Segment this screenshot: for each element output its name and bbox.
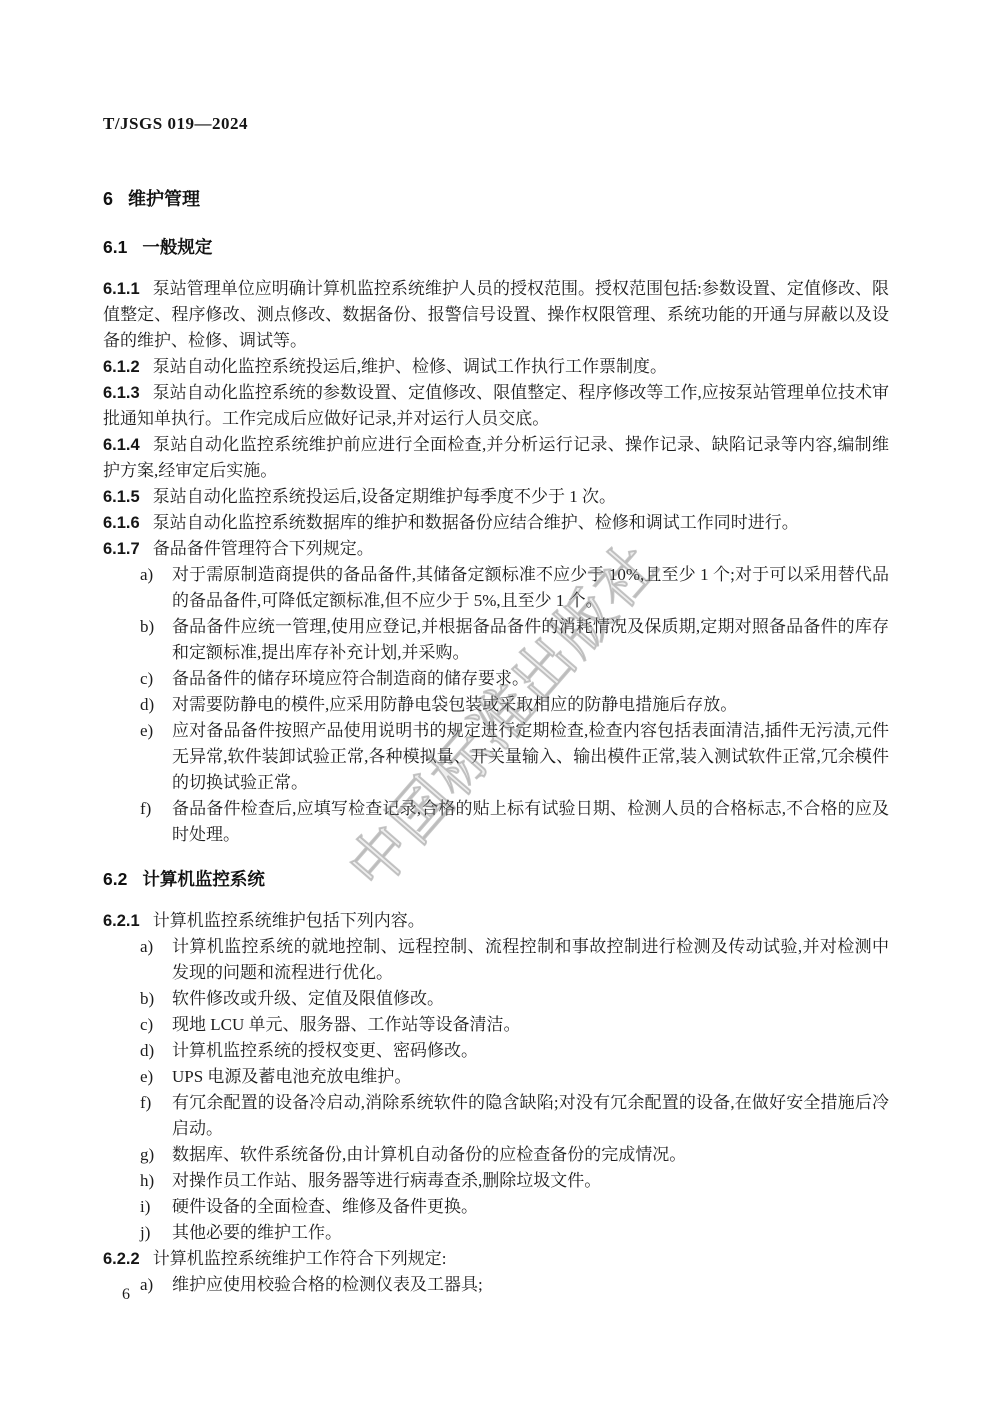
- clause-6-1-7: 6.1.7备品备件管理符合下列规定。: [103, 536, 889, 562]
- list-item-f: f)备品备件检查后,应填写检查记录,合格的贴上标有试验日期、检测人员的合格标志,…: [172, 796, 889, 848]
- item-letter: d): [140, 1038, 154, 1064]
- item-letter: a): [140, 562, 153, 588]
- list-item-c: c)备品备件的储存环境应符合制造商的储存要求。: [172, 666, 889, 692]
- clause-6-1-5: 6.1.5泵站自动化监控系统投运后,设备定期维护每季度不少于 1 次。: [103, 484, 889, 510]
- item-letter: g): [140, 1142, 154, 1168]
- clause-number: 6.1.7: [103, 540, 140, 558]
- section-heading-6: 6维护管理: [103, 186, 889, 212]
- standard-number-header: T/JSGS 019—2024: [103, 114, 248, 134]
- item-letter: d): [140, 692, 154, 718]
- item-text: 对于需原制造商提供的备品备件,其储备定额标准不应少于 10%,且至少 1 个;对…: [172, 565, 889, 610]
- item-text: 其他必要的维护工作。: [172, 1223, 342, 1242]
- clause-6-2-1: 6.2.1计算机监控系统维护包括下列内容。: [103, 908, 889, 934]
- clause-6-1-2: 6.1.2泵站自动化监控系统投运后,维护、检修、调试工作执行工作票制度。: [103, 354, 889, 380]
- list-item-j: j)其他必要的维护工作。: [172, 1220, 889, 1246]
- list-item-e: e)应对备品备件按照产品使用说明书的规定进行定期检查,检查内容包括表面清洁,插件…: [172, 718, 889, 796]
- item-letter: h): [140, 1168, 154, 1194]
- item-text: 软件修改或升级、定值及限值修改。: [172, 989, 444, 1008]
- item-text: 对操作员工作站、服务器等进行病毒查杀,删除垃圾文件。: [172, 1171, 601, 1190]
- section-number: 6.2: [103, 869, 127, 889]
- item-text: 有冗余配置的设备冷启动,消除系统软件的隐含缺陷;对没有冗余配置的设备,在做好安全…: [172, 1093, 889, 1138]
- section-title: 一般规定: [142, 237, 212, 257]
- list-item-a: a)计算机监控系统的就地控制、远程控制、流程控制和事故控制进行检测及传动试验,并…: [172, 934, 889, 986]
- clause-number: 6.1.6: [103, 514, 140, 532]
- item-text: 对需要防静电的模件,应采用防静电袋包装或采取相应的防静电措施后存放。: [172, 695, 737, 714]
- clause-text: 泵站管理单位应明确计算机监控系统维护人员的授权范围。授权范围包括:参数设置、定值…: [103, 279, 889, 350]
- clause-number: 6.2.2: [103, 1250, 140, 1268]
- clause-number: 6.1.1: [103, 280, 140, 298]
- clause-number: 6.1.5: [103, 488, 140, 506]
- clause-text: 计算机监控系统维护工作符合下列规定:: [153, 1249, 447, 1268]
- item-text: 计算机监控系统的授权变更、密码修改。: [172, 1041, 478, 1060]
- item-text: 应对备品备件按照产品使用说明书的规定进行定期检查,检查内容包括表面清洁,插件无污…: [172, 721, 889, 792]
- item-text: 备品备件应统一管理,使用应登记,并根据备品备件的消耗情况及保质期,定期对照备品备…: [172, 617, 889, 662]
- clause-6-1-4: 6.1.4泵站自动化监控系统维护前应进行全面检查,并分析运行记录、操作记录、缺陷…: [103, 432, 889, 484]
- list-item-e: e)UPS 电源及蓄电池充放电维护。: [172, 1064, 889, 1090]
- list-item-a: a)维护应使用校验合格的检测仪表及工器具;: [172, 1272, 889, 1298]
- clause-6-1-3: 6.1.3泵站自动化监控系统的参数设置、定值修改、限值整定、程序修改等工作,应按…: [103, 380, 889, 432]
- item-letter: e): [140, 718, 153, 744]
- section-heading-6-2: 6.2计算机监控系统: [103, 866, 889, 892]
- list-item-h: h)对操作员工作站、服务器等进行病毒查杀,删除垃圾文件。: [172, 1168, 889, 1194]
- item-letter: b): [140, 614, 154, 640]
- list-item-b: b)软件修改或升级、定值及限值修改。: [172, 986, 889, 1012]
- clause-text: 泵站自动化监控系统数据库的维护和数据备份应结合维护、检修和调试工作同时进行。: [153, 513, 799, 532]
- item-text: 硬件设备的全面检查、维修及备件更换。: [172, 1197, 478, 1216]
- item-letter: a): [140, 934, 153, 960]
- clause-text: 备品备件管理符合下列规定。: [153, 539, 374, 558]
- clause-text: 计算机监控系统维护包括下列内容。: [153, 911, 425, 930]
- document-body: 6维护管理 6.1一般规定 6.1.1泵站管理单位应明确计算机监控系统维护人员的…: [103, 186, 889, 1298]
- item-text: 备品备件的储存环境应符合制造商的储存要求。: [172, 669, 529, 688]
- list-item-i: i)硬件设备的全面检查、维修及备件更换。: [172, 1194, 889, 1220]
- item-letter: c): [140, 1012, 153, 1038]
- list-item-a: a)对于需原制造商提供的备品备件,其储备定额标准不应少于 10%,且至少 1 个…: [172, 562, 889, 614]
- section-number: 6.1: [103, 237, 127, 257]
- section-title: 计算机监控系统: [142, 869, 265, 889]
- item-letter: f): [140, 796, 151, 822]
- item-letter: b): [140, 986, 154, 1012]
- clause-text: 泵站自动化监控系统维护前应进行全面检查,并分析运行记录、操作记录、缺陷记录等内容…: [103, 435, 889, 480]
- item-letter: f): [140, 1090, 151, 1116]
- clause-number: 6.1.2: [103, 358, 140, 376]
- clause-6-1-6: 6.1.6泵站自动化监控系统数据库的维护和数据备份应结合维护、检修和调试工作同时…: [103, 510, 889, 536]
- section-title: 维护管理: [128, 189, 200, 209]
- clause-number: 6.1.3: [103, 384, 140, 402]
- list-item-c: c)现地 LCU 单元、服务器、工作站等设备清洁。: [172, 1012, 889, 1038]
- page-number: 6: [122, 1286, 130, 1304]
- list-item-d: d)对需要防静电的模件,应采用防静电袋包装或采取相应的防静电措施后存放。: [172, 692, 889, 718]
- clause-6-1-1: 6.1.1泵站管理单位应明确计算机监控系统维护人员的授权范围。授权范围包括:参数…: [103, 276, 889, 354]
- list-item-g: g)数据库、软件系统备份,由计算机自动备份的应检查备份的完成情况。: [172, 1142, 889, 1168]
- item-text: 备品备件检查后,应填写检查记录,合格的贴上标有试验日期、检测人员的合格标志,不合…: [172, 799, 889, 844]
- list-item-d: d)计算机监控系统的授权变更、密码修改。: [172, 1038, 889, 1064]
- clause-text: 泵站自动化监控系统的参数设置、定值修改、限值整定、程序修改等工作,应按泵站管理单…: [103, 383, 889, 428]
- list-item-b: b)备品备件应统一管理,使用应登记,并根据备品备件的消耗情况及保质期,定期对照备…: [172, 614, 889, 666]
- section-heading-6-1: 6.1一般规定: [103, 234, 889, 260]
- clause-number: 6.1.4: [103, 436, 140, 454]
- item-letter: j): [140, 1220, 150, 1246]
- clause-6-2-2: 6.2.2计算机监控系统维护工作符合下列规定:: [103, 1246, 889, 1272]
- item-text: 维护应使用校验合格的检测仪表及工器具;: [172, 1275, 483, 1294]
- item-text: UPS 电源及蓄电池充放电维护。: [172, 1067, 411, 1086]
- item-letter: a): [140, 1272, 153, 1298]
- item-letter: i): [140, 1194, 150, 1220]
- item-letter: c): [140, 666, 153, 692]
- item-text: 数据库、软件系统备份,由计算机自动备份的应检查备份的完成情况。: [172, 1145, 686, 1164]
- clause-number: 6.2.1: [103, 912, 140, 930]
- item-text: 计算机监控系统的就地控制、远程控制、流程控制和事故控制进行检测及传动试验,并对检…: [172, 937, 889, 982]
- section-number: 6: [103, 189, 113, 209]
- item-letter: e): [140, 1064, 153, 1090]
- clause-text: 泵站自动化监控系统投运后,设备定期维护每季度不少于 1 次。: [153, 487, 616, 506]
- item-text: 现地 LCU 单元、服务器、工作站等设备清洁。: [172, 1015, 521, 1034]
- list-item-f: f)有冗余配置的设备冷启动,消除系统软件的隐含缺陷;对没有冗余配置的设备,在做好…: [172, 1090, 889, 1142]
- clause-text: 泵站自动化监控系统投运后,维护、检修、调试工作执行工作票制度。: [153, 357, 667, 376]
